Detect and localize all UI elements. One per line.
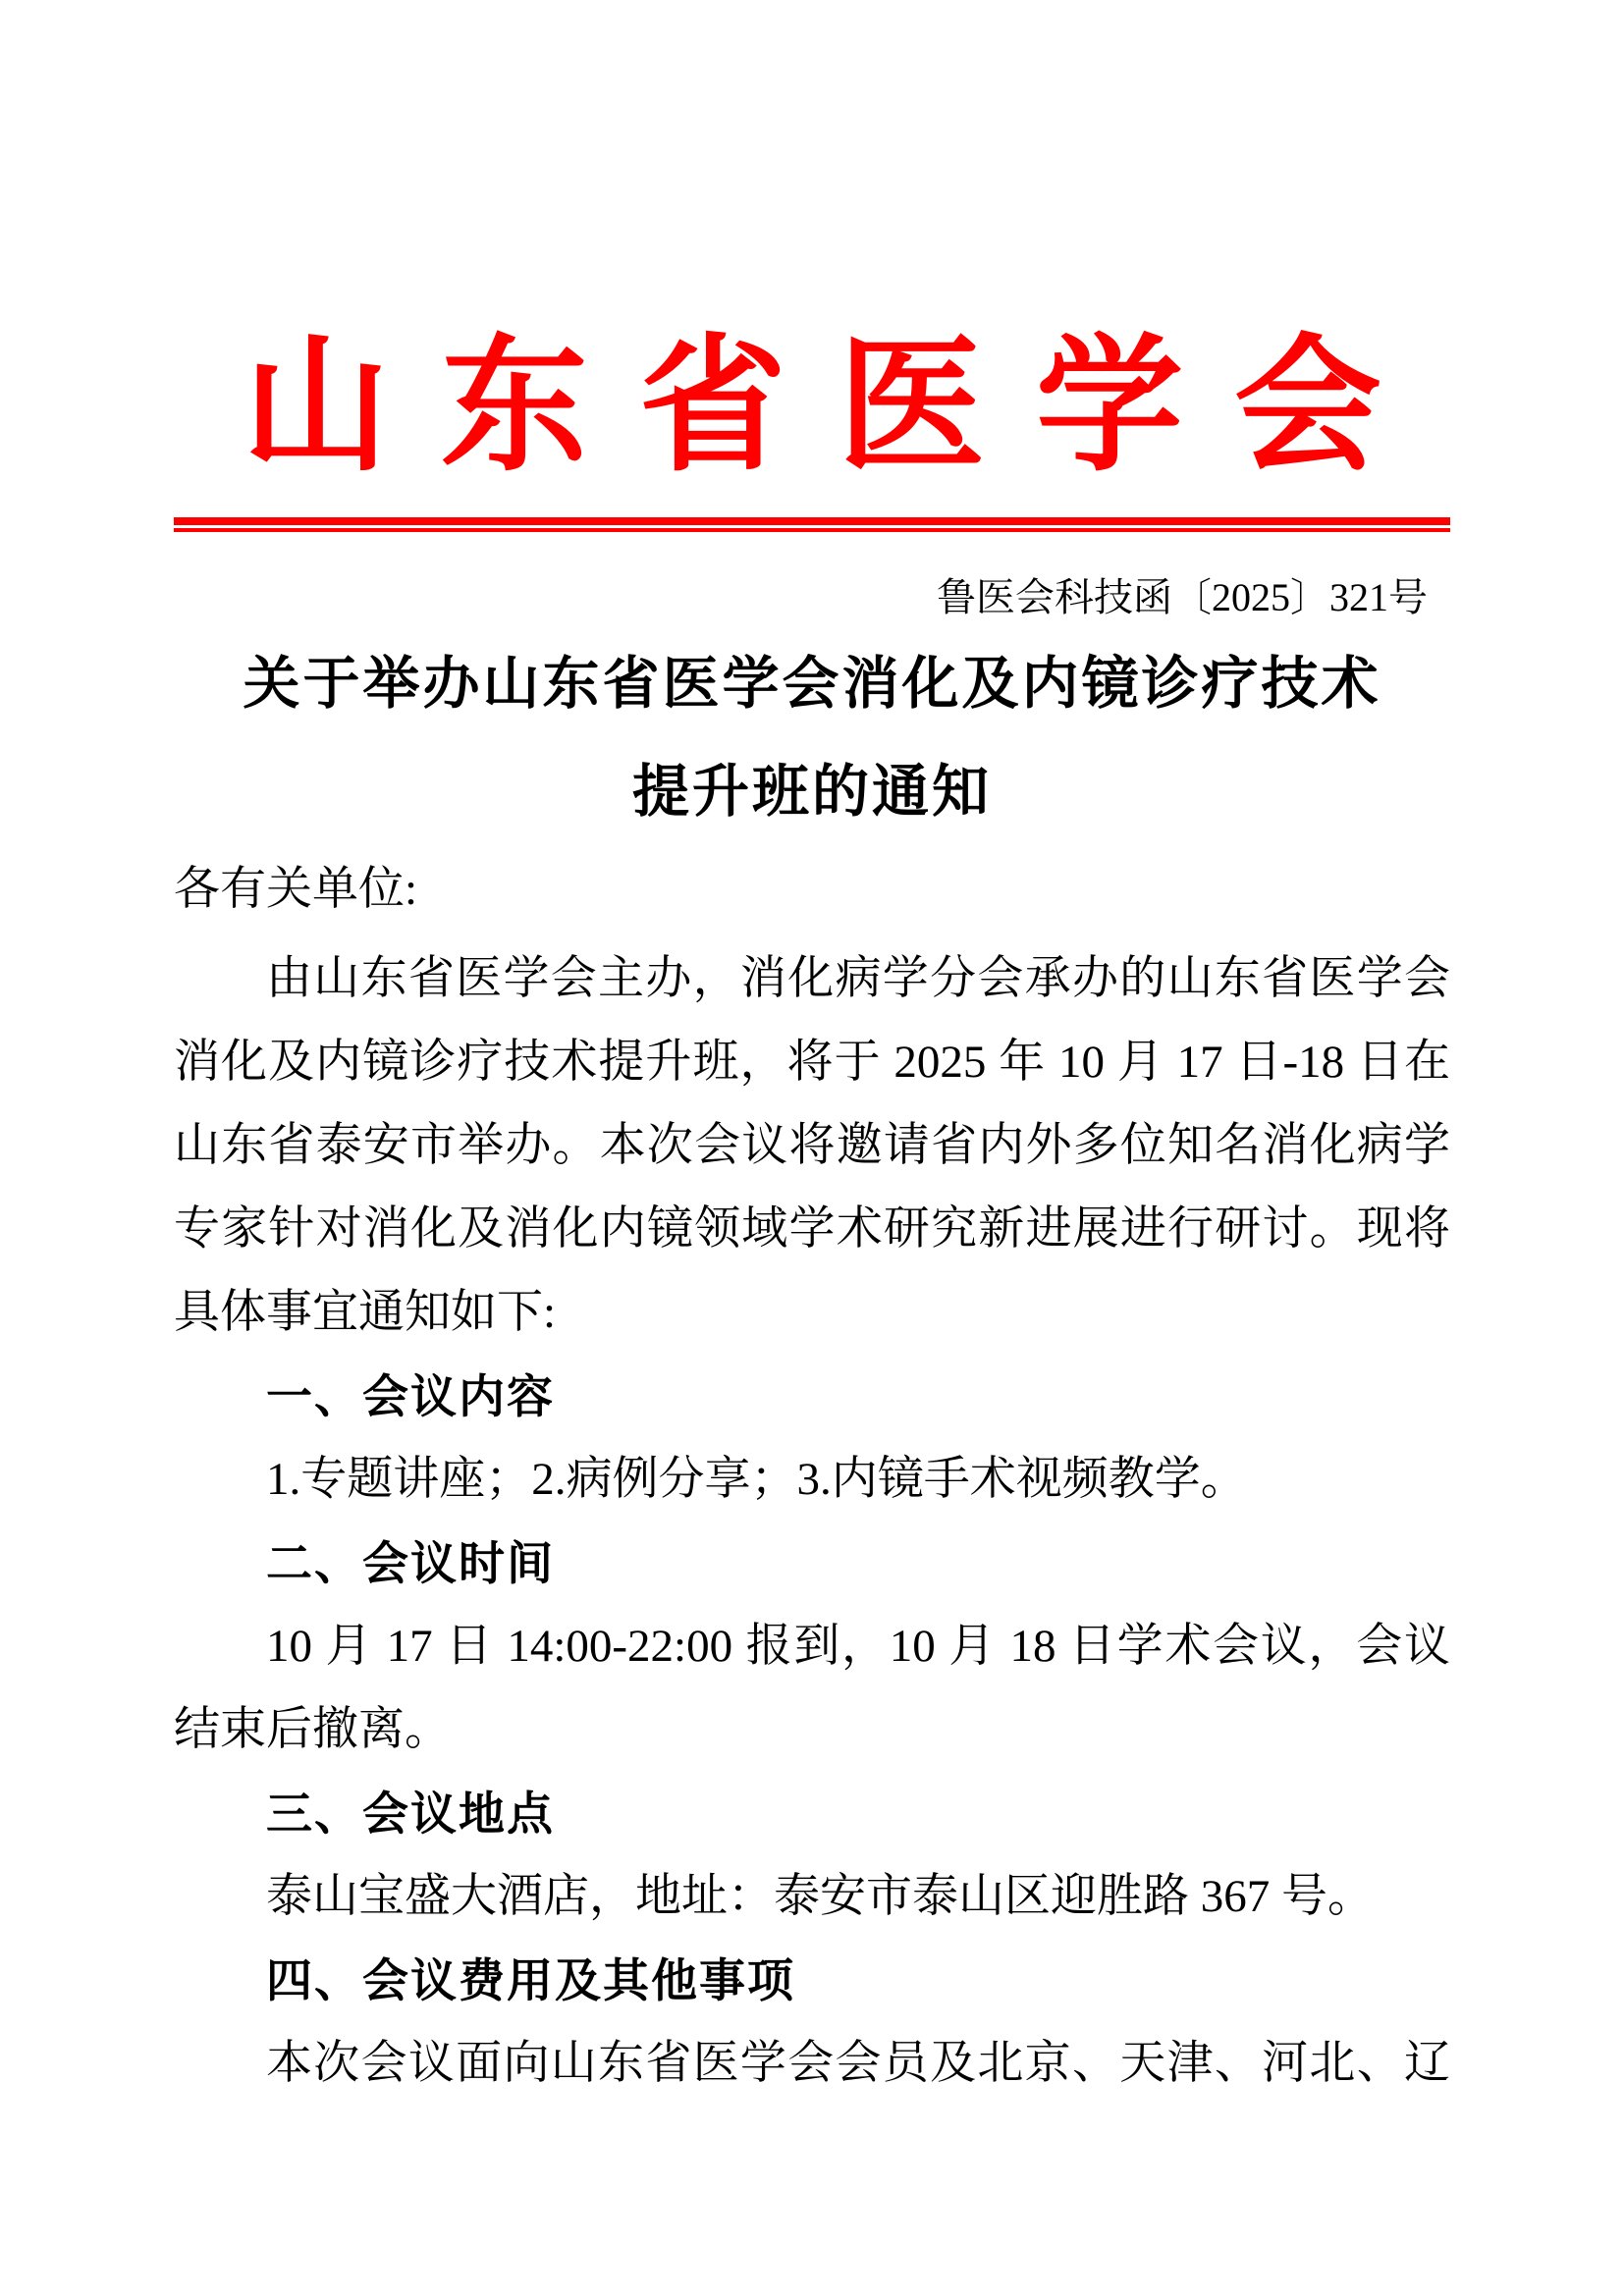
paragraph-line: 10 月 17 日 14:00-22:00 报到，10 月 18 日学术会议，会… <box>174 1605 1450 1688</box>
document-title: 关于举办山东省医学会消化及内镜诊疗技术 提升班的通知 <box>0 630 1624 846</box>
paragraph-line: 1.专题讲座；2.病例分享；3.内镜手术视频教学。 <box>174 1438 1450 1522</box>
section-heading: 一、会议内容 <box>174 1355 1450 1438</box>
document-body: 由山东省医学会主办，消化病学分会承办的山东省医学会 消化及内镜诊疗技术提升班，将… <box>174 937 1450 2106</box>
divider-thin-line <box>174 528 1450 532</box>
document-title-line-2: 提升班的通知 <box>0 738 1624 846</box>
paragraph-line: 专家针对消化及消化内镜领域学术研究新进展进行研讨。现将 <box>174 1188 1450 1271</box>
divider-thick-line <box>174 517 1450 525</box>
paragraph-line: 泰山宝盛大酒店，地址：泰安市泰山区迎胜路 367 号。 <box>174 1855 1450 1939</box>
letterhead-divider <box>174 517 1450 532</box>
paragraph-line: 具体事宜通知如下: <box>174 1271 1450 1355</box>
letterhead-org-title: 山东省医学会 <box>0 327 1624 484</box>
section-heading: 四、会议费用及其他事项 <box>174 1939 1450 2022</box>
section-heading: 二、会议时间 <box>174 1522 1450 1605</box>
paragraph-line: 由山东省医学会主办，消化病学分会承办的山东省医学会 <box>174 937 1450 1021</box>
document-title-line-1: 关于举办山东省医学会消化及内镜诊疗技术 <box>0 630 1624 738</box>
salutation: 各有关单位: <box>174 860 417 919</box>
document-number: 鲁医会科技函〔2025〕321号 <box>937 574 1428 621</box>
section-heading: 三、会议地点 <box>174 1772 1450 1855</box>
paragraph-line: 本次会议面向山东省医学会会员及北京、天津、河北、辽 <box>174 2022 1450 2106</box>
paragraph-line: 山东省泰安市举办。本次会议将邀请省内外多位知名消化病学 <box>174 1104 1450 1188</box>
paragraph-line: 结束后撤离。 <box>174 1688 1450 1772</box>
paragraph-line: 消化及内镜诊疗技术提升班，将于 2025 年 10 月 17 日-18 日在 <box>174 1021 1450 1104</box>
document-page: 山东省医学会 鲁医会科技函〔2025〕321号 关于举办山东省医学会消化及内镜诊… <box>0 0 1624 2296</box>
